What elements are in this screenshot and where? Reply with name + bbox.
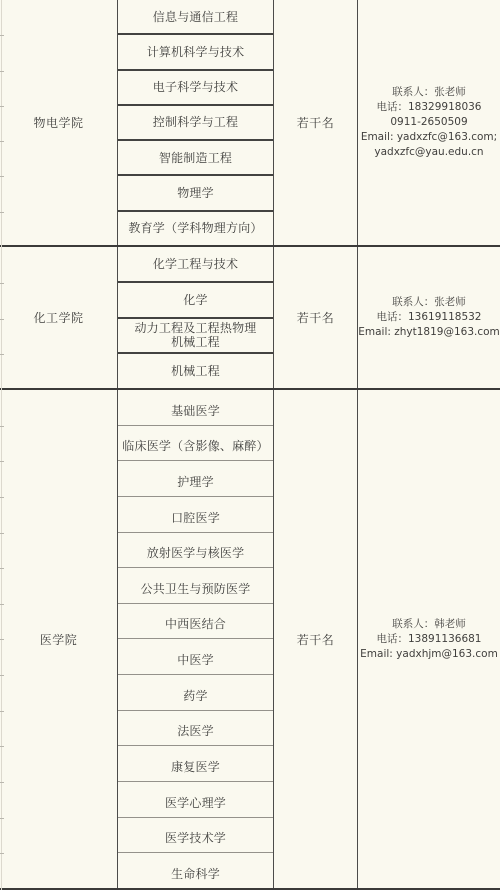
table-section-wudian: 物电学院 信息与通信工程 计算机科学与技术 电子科学与技术 控制科学与工程 智能… [0, 0, 500, 247]
major-cell: 医学心理学 [118, 782, 273, 818]
major-cell: 公共卫生与预防医学 [118, 568, 273, 604]
major-cell: 物理学 [118, 176, 273, 211]
left-edge-tick [0, 106, 4, 107]
contact-cell: 联系人：张老师 电话：13619118532 Email: zhyt1819@1… [358, 247, 500, 388]
major-cell: 生命科学 [118, 853, 273, 888]
contact-phone: 电话：18329918036 [377, 100, 482, 115]
major-cell: 中西医结合 [118, 604, 273, 640]
recruitment-table: 物电学院 信息与通信工程 计算机科学与技术 电子科学与技术 控制科学与工程 智能… [0, 0, 500, 890]
college-cell: 医学院 [0, 390, 118, 888]
contact-email: Email: yadxhjm@163.com [360, 647, 498, 662]
table-section-yixue: 医学院 基础医学 临床医学（含影像、麻醉） 护理学 口腔医学 放射医学与核医学 … [0, 390, 500, 890]
left-edge-tick [0, 853, 4, 854]
left-edge-tick [0, 212, 4, 213]
left-edge-tick [0, 71, 4, 72]
contact-person: 联系人：韩老师 [392, 617, 466, 632]
majors-column: 基础医学 临床医学（含影像、麻醉） 护理学 口腔医学 放射医学与核医学 公共卫生… [118, 390, 274, 888]
major-cell: 动力工程及工程热物理 机械工程 [118, 319, 273, 355]
quota-cell: 若干名 [274, 247, 358, 388]
left-edge-tick [0, 461, 4, 462]
major-cell: 智能制造工程 [118, 141, 273, 176]
major-cell: 教育学（学科物理方向） [118, 212, 273, 245]
major-cell: 法医学 [118, 711, 273, 747]
major-cell: 机械工程 [118, 354, 273, 388]
left-edge-tick [0, 533, 4, 534]
left-edge-tick [0, 35, 4, 36]
major-cell: 化学 [118, 283, 273, 319]
major-cell: 药学 [118, 675, 273, 711]
major-cell: 中医学 [118, 639, 273, 675]
major-cell: 电子科学与技术 [118, 71, 273, 106]
contact-email: Email: yadxzfc@163.com; [361, 130, 497, 145]
college-cell: 化工学院 [0, 247, 118, 388]
contact-cell: 联系人：张老师 电话：18329918036 0911-2650509 Emai… [358, 0, 500, 245]
left-edge-tick [0, 782, 4, 783]
major-cell: 计算机科学与技术 [118, 35, 273, 70]
contact-person: 联系人：张老师 [392, 295, 466, 310]
major-cell: 临床医学（含影像、麻醉） [118, 426, 273, 462]
left-edge-tick [0, 711, 4, 712]
major-cell: 化学工程与技术 [118, 247, 273, 283]
major-cell: 控制科学与工程 [118, 106, 273, 141]
contact-phone-alt: 0911-2650509 [390, 115, 467, 130]
table-section-huagong: 化工学院 化学工程与技术 化学 动力工程及工程热物理 机械工程 机械工程 若干名… [0, 247, 500, 390]
quota-cell: 若干名 [274, 0, 358, 245]
left-edge-tick [0, 604, 4, 605]
majors-column: 化学工程与技术 化学 动力工程及工程热物理 机械工程 机械工程 [118, 247, 274, 388]
major-cell: 医学技术学 [118, 818, 273, 854]
major-cell: 护理学 [118, 461, 273, 497]
left-edge-tick [0, 319, 4, 320]
contact-person: 联系人：张老师 [392, 85, 466, 100]
contact-cell: 联系人：韩老师 电话：13891136681 Email: yadxhjm@16… [358, 390, 500, 888]
college-cell: 物电学院 [0, 0, 118, 245]
contact-phone: 电话：13619118532 [377, 310, 482, 325]
quota-cell: 若干名 [274, 390, 358, 888]
left-edge-tick [0, 141, 4, 142]
left-edge-tick [0, 568, 4, 569]
major-cell: 口腔医学 [118, 497, 273, 533]
left-edge-tick [0, 746, 4, 747]
left-edge-tick [0, 675, 4, 676]
majors-column: 信息与通信工程 计算机科学与技术 电子科学与技术 控制科学与工程 智能制造工程 … [118, 0, 274, 245]
left-edge-tick [0, 497, 4, 498]
left-edge-line [1, 0, 2, 890]
major-cell: 放射医学与核医学 [118, 533, 273, 569]
major-cell: 基础医学 [118, 390, 273, 426]
left-edge-tick [0, 354, 4, 355]
left-edge-tick [0, 818, 4, 819]
contact-email-alt: yadxzfc@yau.edu.cn [374, 145, 483, 160]
left-edge-tick [0, 639, 4, 640]
left-edge-tick [0, 426, 4, 427]
contact-phone: 电话：13891136681 [377, 632, 482, 647]
major-cell: 信息与通信工程 [118, 0, 273, 35]
major-cell: 康复医学 [118, 746, 273, 782]
contact-email: Email: zhyt1819@163.com [358, 325, 500, 340]
left-edge-tick [0, 283, 4, 284]
left-edge-tick [0, 176, 4, 177]
